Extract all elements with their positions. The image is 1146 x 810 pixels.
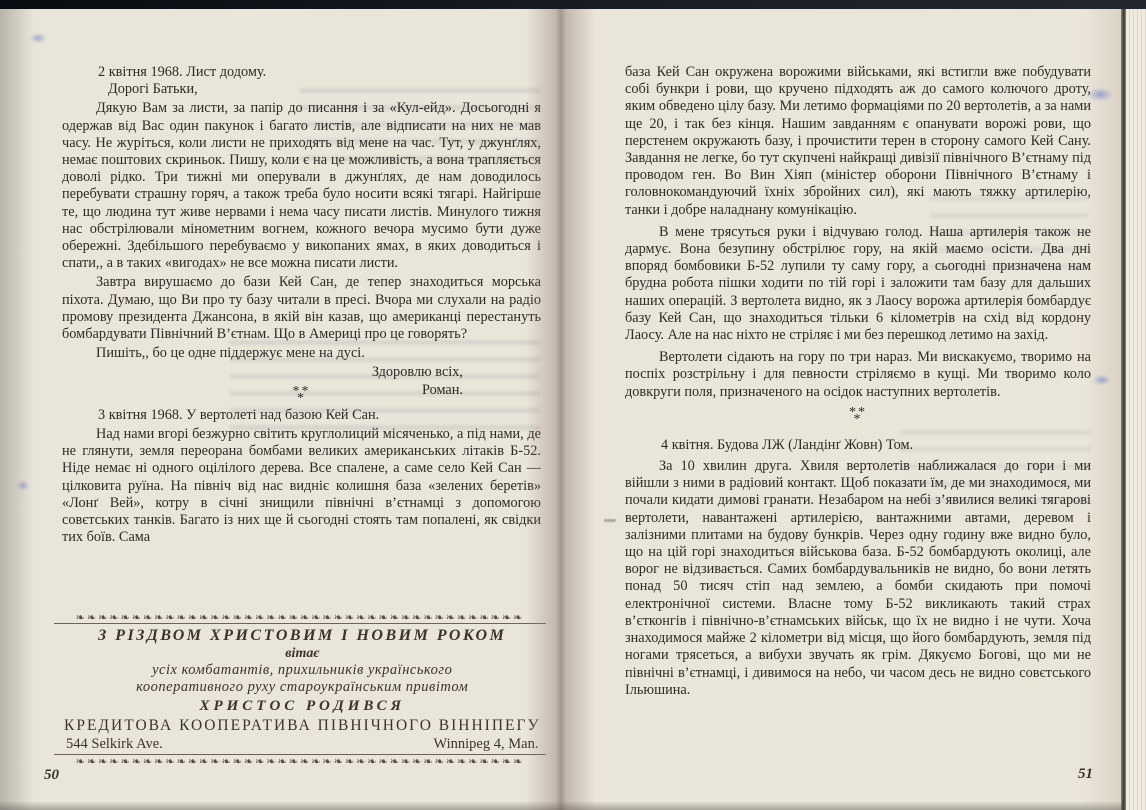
page-50-text: 2 квітня 1968. Лист додому. Дорогі Батьк…: [62, 64, 541, 612]
ad-body: ❧❧❧❧❧❧❧❧❧❧ З РІЗДВОМ ХРИСТОВИМ І НОВИМ Р…: [54, 623, 546, 755]
ad-border-top-ornament: ❧❧❧❧❧❧❧❧❧❧❧❧❧❧❧❧❧❧❧❧❧❧❧❧❧❧❧❧❧❧❧❧❧❧❧❧❧❧❧❧: [54, 611, 546, 623]
letter-signoff: Здоровлю всіх,: [62, 364, 541, 381]
ad-greeting-title: З РІЗДВОМ ХРИСТОВИМ І НОВИМ РОКОМ: [64, 627, 540, 645]
diary-paragraph: За 10 хвилин друга. Хвиля вертолетів наб…: [625, 458, 1091, 699]
signature-name: Роман.: [62, 382, 541, 399]
ink-smudge: [1093, 375, 1111, 385]
page-number-left: 50: [44, 767, 59, 784]
diary-paragraph: Вертолети сідають на гору по три нараз. …: [625, 349, 1091, 401]
letter-paragraph: Завтра вирушаємо до бази Кей Сан, де теп…: [62, 274, 541, 343]
ad-organization-name: КРЕДИТОВА КООПЕРАТИВА ПІВНІЧНОГО ВІННІПЕ…: [64, 717, 540, 735]
book-scan: 2 квітня 1968. Лист додому. Дорогі Батьк…: [0, 0, 1146, 810]
diary-paragraph: база Кей Сан окружена ворожими військами…: [625, 64, 1091, 219]
ad-border-bottom-ornament: ❧❧❧❧❧❧❧❧❧❧❧❧❧❧❧❧❧❧❧❧❧❧❧❧❧❧❧❧❧❧❧❧❧❧❧❧❧❧❧❧: [54, 755, 546, 767]
ink-smudge: [30, 33, 46, 43]
letter-signature-block: Здоровлю всіх, Роман. ** *: [62, 364, 541, 398]
diary-paragraph: В мене трясуться руки і відчуваю голод. …: [625, 224, 1091, 344]
asterisk-divider: ** *: [625, 409, 1091, 423]
diary-entry-heading: 4 квітня. Будова ЛЖ (Ландінґ Жовн) Том.: [625, 437, 1091, 454]
ink-smudge: [17, 481, 29, 490]
ad-address-row: 544 Selkirk Ave. Winnipeg 4, Man.: [64, 736, 540, 753]
left-page-edge-shadow: [0, 9, 34, 810]
ad-christ-line: ХРИСТОС РОДИВСЯ: [64, 698, 540, 715]
ad-content: З РІЗДВОМ ХРИСТОВИМ І НОВИМ РОКОМ вітає …: [54, 624, 550, 754]
page-51-text: база Кей Сан окружена ворожими військами…: [625, 64, 1091, 786]
christmas-greeting-ad: ❧❧❧❧❧❧❧❧❧❧❧❧❧❧❧❧❧❧❧❧❧❧❧❧❧❧❧❧❧❧❧❧❧❧❧❧❧❧❧❧…: [54, 611, 546, 766]
fore-edge-pages: [1126, 9, 1146, 810]
ad-address-street: 544 Selkirk Ave.: [66, 736, 163, 753]
book-spine-shadow: [526, 0, 596, 810]
page-number-right: 51: [1078, 766, 1093, 783]
diary-paragraph: Над нами вгорі безжурно світить круглоли…: [62, 426, 541, 546]
letter-closing-line: Пишіть,, бо це одне піддержує мене на ду…: [62, 345, 541, 362]
letter-paragraph: Дякую Вам за листи, за папір до писання …: [62, 100, 541, 272]
diary-entry-heading: 3 квітня 1968. У вертолеті над базою Кей…: [62, 407, 541, 424]
letter-date-heading: 2 квітня 1968. Лист додому.: [62, 64, 541, 81]
ad-audience-line-2: кооперативного руху староукраїнським при…: [64, 679, 540, 696]
scan-bottom-shadow: [0, 801, 1124, 810]
ad-audience-line-1: усіх комбатантів, прихильників українськ…: [64, 662, 540, 679]
ad-address-city: Winnipeg 4, Man.: [434, 736, 539, 753]
letter-salutation: Дорогі Батьки,: [62, 81, 541, 98]
ad-greets-word: вітає: [64, 646, 540, 662]
scan-top-edge: [0, 0, 1146, 9]
pencil-mark: [604, 519, 616, 522]
